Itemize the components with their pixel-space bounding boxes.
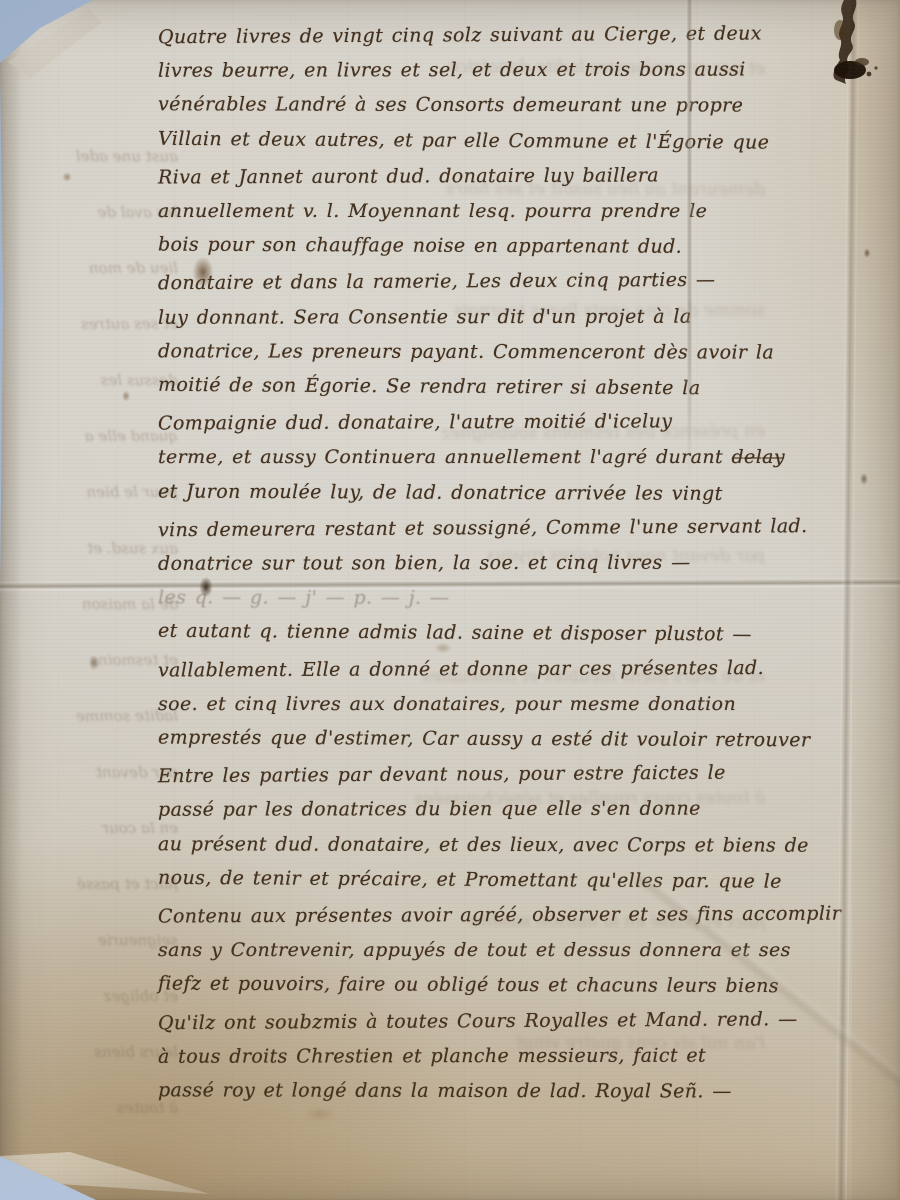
manuscript-line: nous, de tenir et précaire, et Promettan… bbox=[158, 861, 862, 901]
manuscript-line: Compaignie dud. donataire, l'autre moiti… bbox=[158, 404, 862, 442]
manuscript-line: luy donnant. Sera Consentie sur dit d'un… bbox=[158, 299, 862, 336]
bleedthrough-line: les aval de bbox=[2, 184, 178, 240]
manuscript-text-block: Quatre livres de vingt cinq solz suivant… bbox=[158, 18, 862, 1109]
vertical-center-crease bbox=[686, 0, 693, 480]
manuscript-line: donatrice, Les preneurs payant. Commence… bbox=[158, 334, 862, 371]
manuscript-line: passé roy et longé dans la maison de lad… bbox=[158, 1073, 862, 1110]
manuscript-line: bois pour son chauffage noise en apparte… bbox=[158, 228, 862, 266]
bleedthrough-line: à toutes bbox=[2, 1079, 178, 1136]
manuscript-line: Contenu aux présentes avoir agréé, obser… bbox=[158, 897, 862, 935]
paper-sheet: aust une adelles aval delieu de monet se… bbox=[0, 0, 900, 1200]
manuscript-line: Villain et deux autres, et par elle Comm… bbox=[158, 121, 862, 161]
bleedthrough-line: aust une adel bbox=[2, 128, 178, 185]
manuscript-line: Quatre livres de vingt cinq solz suivant… bbox=[158, 16, 862, 56]
bleedthrough-line: et ses autres bbox=[2, 295, 178, 352]
manuscript-line: Riva et Jannet auront dud. donataire luy… bbox=[158, 157, 862, 195]
folded-corner-top-left bbox=[0, 0, 120, 90]
manuscript-line: livres beurre, en livres et sel, et deux… bbox=[158, 52, 862, 89]
bleedthrough-line: faict et passé bbox=[2, 856, 178, 913]
bleedthrough-line: quand elle a bbox=[2, 408, 178, 464]
foxing-spot bbox=[86, 652, 102, 674]
foxing-spot bbox=[120, 388, 132, 404]
manuscript-line: à tous droits Chrestien et planche messi… bbox=[158, 1038, 862, 1075]
manuscript-line: donatrice sur tout son bien, la soe. et … bbox=[158, 545, 862, 582]
bleedthrough-line: dessus les bbox=[2, 352, 178, 409]
bleedthrough-line: et obligez bbox=[2, 968, 178, 1024]
bleedthrough-line: et tesmoins bbox=[2, 632, 178, 688]
bleedthrough-line: leurs biens bbox=[2, 1024, 178, 1080]
bleedthrough-line: seigneurie bbox=[2, 911, 178, 968]
manuscript-line: terme, et aussy Continuera annuellement … bbox=[158, 440, 862, 475]
bleedthrough-margin-text: aust une adelles aval delieu de monet se… bbox=[2, 128, 178, 1148]
manuscript-line: et Juron moulée luy, de lad. donatrice a… bbox=[158, 474, 862, 512]
bleedthrough-line: en la cour bbox=[2, 800, 178, 856]
bleedthrough-line: pour le bien bbox=[2, 464, 178, 521]
bleedthrough-line: lieu de mon bbox=[2, 240, 178, 296]
manuscript-line: annuellement v. l. Moyennant lesq. pourr… bbox=[158, 194, 862, 229]
manuscript-line: passé par les donatrices du bien que ell… bbox=[158, 792, 862, 829]
manuscript-line: au présent dud. donataire, et des lieux,… bbox=[158, 827, 862, 864]
manuscript-line: donataire et dans la ramerie, Les deux c… bbox=[158, 262, 862, 302]
manuscript-line: vins demeurera restant et soussigné, Com… bbox=[158, 509, 862, 549]
manuscript-line: moitié de son Égorie. Se rendra retirer … bbox=[158, 368, 862, 408]
ink-blot-icon bbox=[806, 0, 886, 110]
bleedthrough-line: aux susd. et bbox=[2, 519, 178, 576]
manuscript-line: Qu'ilz ont soubzmis à toutes Cours Royal… bbox=[158, 1001, 862, 1041]
manuscript-photo: aust une adelles aval delieu de monet se… bbox=[0, 0, 900, 1200]
folded-corner-bottom-left bbox=[0, 1128, 230, 1200]
foxing-spot bbox=[60, 170, 74, 184]
right-edge-shading bbox=[852, 0, 900, 1200]
bleedthrough-line: par devant bbox=[2, 744, 178, 801]
bleedthrough-line: ladite somme bbox=[2, 687, 178, 744]
manuscript-line: vénérables Landré à ses Consorts demeura… bbox=[158, 88, 862, 125]
manuscript-line: vallablement. Elle a donné et donne par … bbox=[158, 650, 862, 688]
manuscript-line: Entre les parties par devant nous, pour … bbox=[158, 755, 862, 795]
manuscript-line: soe. et cinq livres aux donataires, pour… bbox=[158, 687, 862, 722]
manuscript-line: emprestés que d'estimer, Car aussy a est… bbox=[158, 721, 862, 759]
manuscript-line: et autant q. tienne admis lad. saine et … bbox=[158, 614, 862, 654]
